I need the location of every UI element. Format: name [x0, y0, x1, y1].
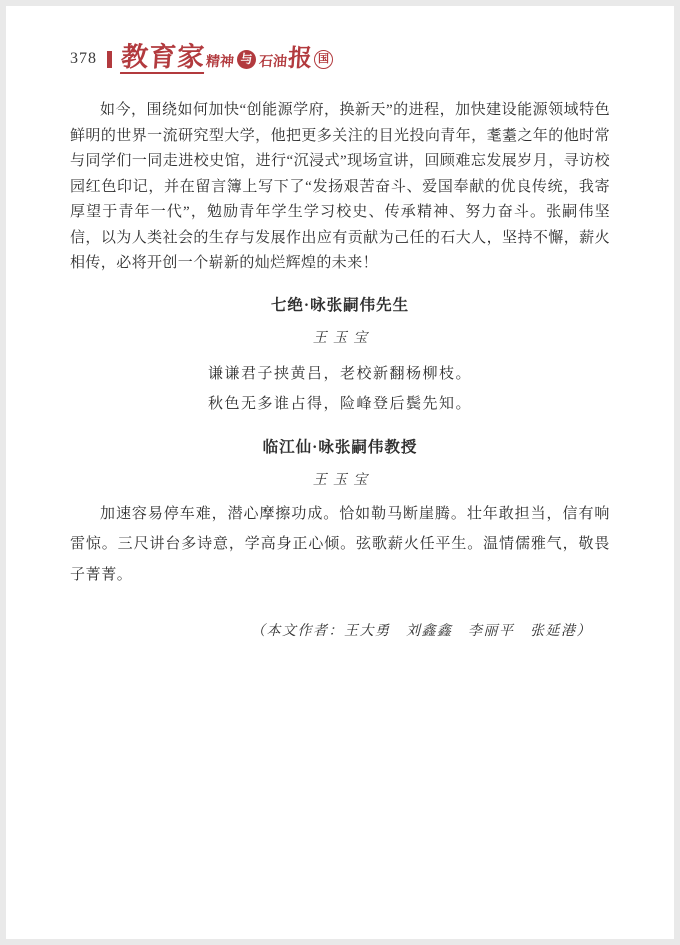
- poem1-title: 七绝·咏张嗣伟先生: [70, 293, 610, 315]
- page-number: 378: [70, 50, 97, 68]
- poem-qijue-section: 七绝·咏张嗣伟先生 王玉宝 谦谦君子挟黄吕，老校新翻杨柳枝。 秋色无多谁占得，险…: [70, 293, 610, 419]
- poem1-author: 王玉宝: [70, 327, 610, 347]
- logo-text-shiyou: 石油: [258, 51, 287, 71]
- logo-circle-yu: 与: [237, 50, 256, 69]
- poem1-line-2: 秋色无多谁占得，险峰登后鬓先知。: [70, 389, 610, 419]
- viewer-background: 378 教育家 精神 与 石油 报 国 如今，围绕如何加快“创能源学府，换新天”…: [0, 0, 680, 945]
- poem-linjiangxian-section: 临江仙·咏张嗣伟教授 王玉宝 加速容易停车难，潜心摩擦功成。恰如勒马断崖腾。壮年…: [70, 435, 610, 591]
- header-divider-bar: [107, 51, 112, 68]
- logo-circle-guo: 国: [314, 50, 333, 69]
- logo-text-jingshen: 精神: [205, 51, 234, 71]
- poem2-title: 临江仙·咏张嗣伟教授: [70, 435, 610, 457]
- book-page: 378 教育家 精神 与 石油 报 国 如今，围绕如何加快“创能源学府，换新天”…: [6, 6, 674, 939]
- attribution-line: （本文作者：王大勇 刘鑫鑫 李丽平 张延港）: [70, 620, 592, 640]
- poem2-author: 王玉宝: [70, 469, 610, 489]
- poem1-lines: 谦谦君子挟黄吕，老校新翻杨柳枝。 秋色无多谁占得，险峰登后鬓先知。: [70, 359, 610, 419]
- poem1-line-1: 谦谦君子挟黄吕，老校新翻杨柳枝。: [70, 359, 610, 389]
- poem2-text: 加速容易停车难，潜心摩擦功成。恰如勒马断崖腾。壮年敢担当，信有响雷惊。三尺讲台多…: [70, 499, 610, 591]
- page-content: 如今，围绕如何加快“创能源学府，换新天”的进程，加快建设能源领域特色鲜明的世界一…: [70, 98, 610, 640]
- page-header: 378 教育家 精神 与 石油 报 国: [70, 38, 610, 80]
- logo-text-jiaoyujia: 教育家: [120, 44, 206, 74]
- book-title-logo: 教育家 精神 与 石油 报 国: [121, 44, 333, 74]
- body-paragraph: 如今，围绕如何加快“创能源学府，换新天”的进程，加快建设能源领域特色鲜明的世界一…: [70, 98, 610, 277]
- logo-text-bao: 报: [287, 47, 313, 71]
